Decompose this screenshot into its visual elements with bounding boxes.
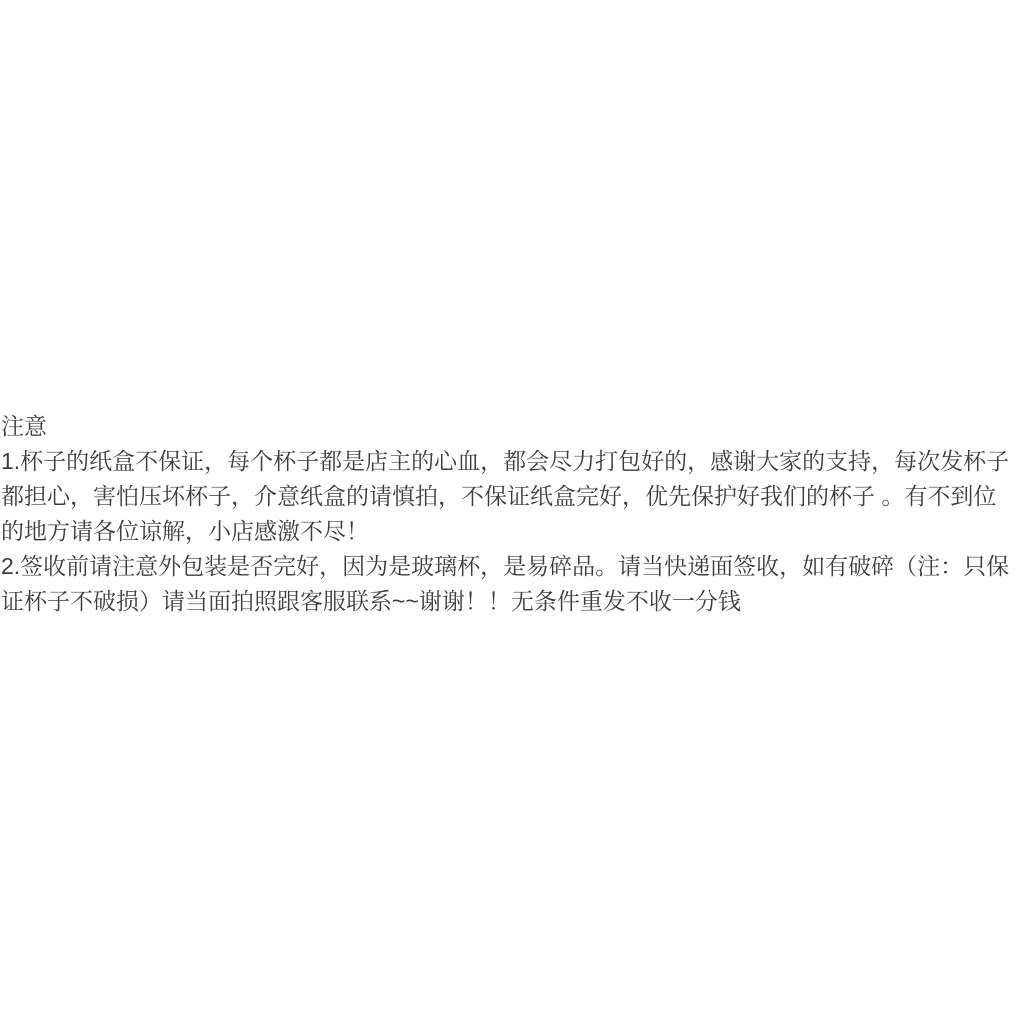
notice-line-3: 的地方请各位谅解，小店感激不尽！	[1, 514, 1024, 549]
notice-line-2: 都担心，害怕压坏杯子，介意纸盒的请慎拍，不保证纸盒完好，优先保护好我们的杯子 。…	[1, 479, 1024, 514]
notice-line-1: 1.杯子的纸盒不保证，每个杯子都是店主的心血，都会尽力打包好的，感谢大家的支持，…	[1, 444, 1024, 479]
notice-line-5: 证杯子不破损）请当面拍照跟客服联系~~谢谢！！无条件重发不收一分钱	[1, 584, 1024, 619]
notice-page: 注意 1.杯子的纸盒不保证，每个杯子都是店主的心血，都会尽力打包好的，感谢大家的…	[0, 0, 1024, 1024]
notice-title: 注意	[1, 409, 1024, 444]
notice-line-4: 2.签收前请注意外包装是否完好，因为是玻璃杯，是易碎品。请当快递面签收，如有破碎…	[1, 549, 1024, 584]
notice-text-block: 注意 1.杯子的纸盒不保证，每个杯子都是店主的心血，都会尽力打包好的，感谢大家的…	[1, 409, 1024, 619]
